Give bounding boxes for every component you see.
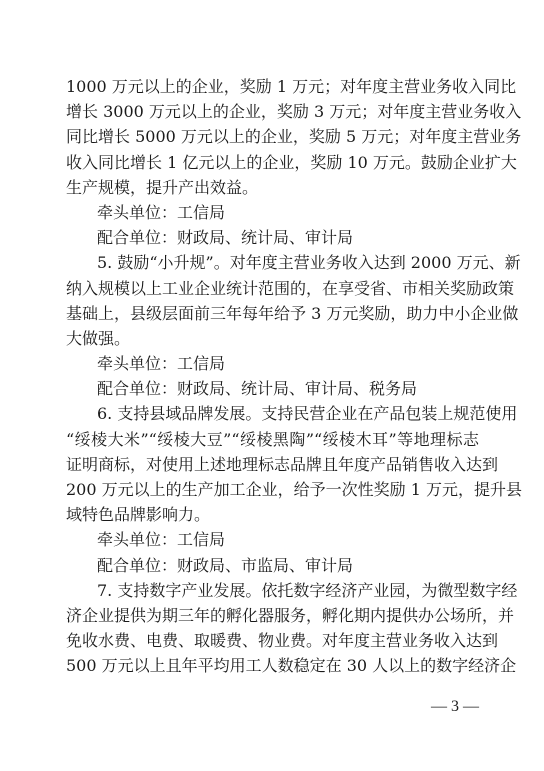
item-5-heading-line: 5. 鼓励“小升规”。对年度主营业务收入达到 2000 万元、新 (66, 250, 479, 275)
lead-unit-line: 牵头单位：工信局 (66, 351, 479, 376)
cooperating-units-line: 配合单位：财政局、统计局、审计局 (66, 225, 479, 250)
text-line: 同比增长 5000 万元以上的企业，奖励 5 万元；对年度主营业务 (66, 124, 479, 149)
text-line: 基础上，县级层面前三年每年给予 3 万元奖励，助力中小企业做 (66, 301, 479, 326)
body-text: 1000 万元以上的企业，奖励 1 万元；对年度主营业务收入同比 增长 3000… (66, 74, 479, 679)
lead-unit-line: 牵头单位：工信局 (66, 200, 479, 225)
text-line: “绥棱大米”“绥棱大豆”“绥棱黑陶”“绥棱木耳”等地理标志 (66, 427, 479, 452)
cooperating-units-line: 配合单位：财政局、统计局、审计局、税务局 (66, 376, 479, 401)
text-line: 生产规模，提升产出效益。 (66, 175, 479, 200)
text-line: 大做强。 (66, 326, 479, 351)
text-line: 免收水费、电费、取暖费、物业费。对年度主营业务收入达到 (66, 628, 479, 653)
text-line: 1000 万元以上的企业，奖励 1 万元；对年度主营业务收入同比 (66, 74, 479, 99)
item-6-heading-line: 6. 支持县域品牌发展。支持民营企业在产品包装上规范使用 (66, 401, 479, 426)
text-line: 证明商标，对使用上述地理标志品牌且年度产品销售收入达到 (66, 452, 479, 477)
text-line: 纳入规模以上工业企业统计范围的，在享受省、市相关奖励政策 (66, 276, 479, 301)
text-line: 增长 3000 万元以上的企业，奖励 3 万元；对年度主营业务收入 (66, 99, 479, 124)
item-7-heading-line: 7. 支持数字产业发展。依托数字经济产业园，为微型数字经 (66, 578, 479, 603)
lead-unit-line: 牵头单位：工信局 (66, 527, 479, 552)
page-number: — 3 — (430, 698, 480, 716)
text-line: 收入同比增长 1 亿元以上的企业，奖励 10 万元。鼓励企业扩大 (66, 150, 479, 175)
document-page: 1000 万元以上的企业，奖励 1 万元；对年度主营业务收入同比 增长 3000… (0, 0, 544, 771)
text-line: 济企业提供为期三年的孵化器服务，孵化期内提供办公场所，并 (66, 603, 479, 628)
text-line: 500 万元以上且年平均用工人数稳定在 30 人以上的数字经济企 (66, 653, 479, 678)
text-line: 域特色品牌影响力。 (66, 502, 479, 527)
text-line: 200 万元以上的生产加工企业，给予一次性奖励 1 万元，提升县 (66, 477, 479, 502)
cooperating-units-line: 配合单位：财政局、市监局、审计局 (66, 553, 479, 578)
